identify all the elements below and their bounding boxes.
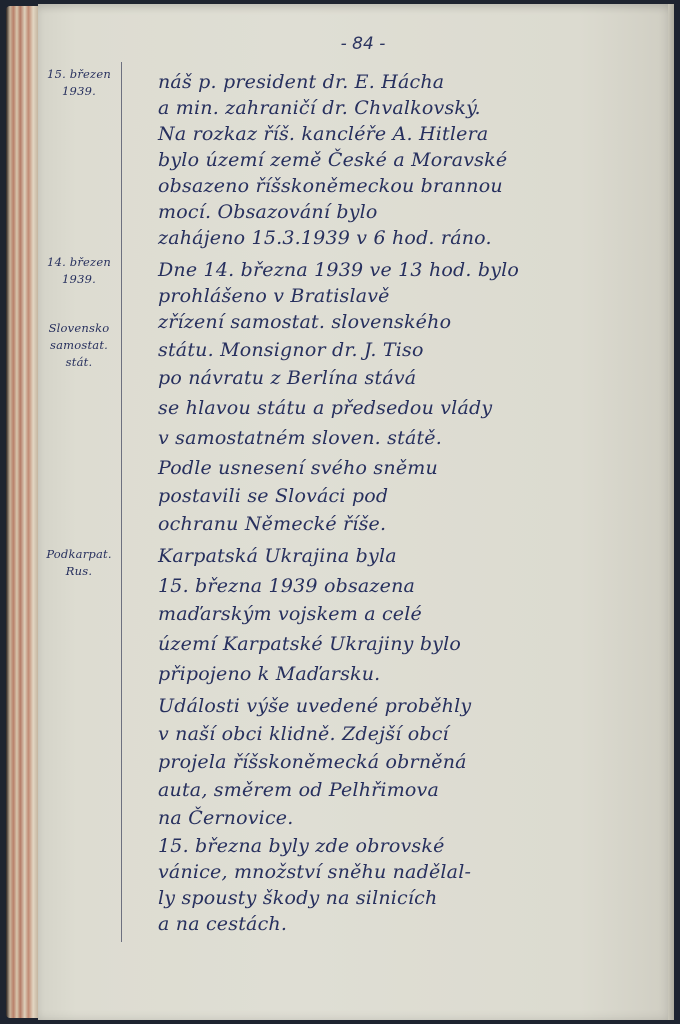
margin-note-subcarpathian: Podkarpat. Rus.: [38, 546, 120, 580]
text-line: ochranu Německé říše.: [158, 512, 386, 536]
text-line: se hlavou státu a předsedou vlády: [158, 396, 492, 420]
text-line: připojeno k Maďarsku.: [158, 662, 380, 686]
text-line: a min. zahraničí dr. Chvalkovský.: [158, 96, 481, 120]
margin-note-line: Slovensko: [38, 320, 120, 337]
text-line: postavili se Slováci pod: [158, 484, 388, 508]
text-line: zahájeno 15.3.1939 v 6 hod. ráno.: [158, 226, 492, 250]
margin-note-line: 15. březen: [38, 66, 120, 83]
margin-note-slovak-state: Slovensko samostat. stát.: [38, 320, 120, 371]
margin-rule: [121, 62, 122, 942]
text-line: na Černovice.: [158, 806, 293, 830]
text-line: projela říšskoněmecká obrněná: [158, 750, 467, 774]
text-line: obsazeno říšskoněmeckou brannou: [158, 174, 503, 198]
margin-note-line: stát.: [38, 354, 120, 371]
text-line: auta, směrem od Pelhřimova: [158, 778, 439, 802]
margin-note-line: 1939.: [38, 83, 120, 100]
text-line: ly spousty škody na silnicích: [158, 886, 437, 910]
text-line: území Karpatské Ukrajiny bylo: [158, 632, 461, 656]
book-page-edges: [6, 6, 40, 1018]
text-line: zřízení samostat. slovenského: [158, 310, 451, 334]
margin-note-date-15-march: 15. březen 1939.: [38, 66, 120, 100]
margin-note-line: 14. březen: [38, 254, 120, 271]
margin-note-date-14-march: 14. březen 1939.: [38, 254, 120, 288]
text-line: vánice, množství sněhu nadělal-: [158, 860, 471, 884]
page-number: - 84 -: [323, 34, 403, 54]
text-line: v naší obci klidně. Zdejší obcí: [158, 722, 449, 746]
text-line: 15. března byly zde obrovské: [158, 834, 445, 858]
margin-note-line: 1939.: [38, 271, 120, 288]
chronicle-page: - 84 - 15. březen 1939. 14. březen 1939.…: [38, 4, 674, 1020]
text-line: bylo území země České a Moravské: [158, 148, 507, 172]
text-line: a na cestách.: [158, 912, 287, 936]
margin-note-line: Podkarpat.: [38, 546, 120, 563]
page-edge-shadow: [668, 4, 674, 1020]
margin-note-line: Rus.: [38, 563, 120, 580]
text-line: náš p. president dr. E. Hácha: [158, 70, 444, 94]
text-line: po návratu z Berlína stává: [158, 366, 416, 390]
text-line: Dne 14. března 1939 ve 13 hod. bylo: [158, 258, 519, 282]
text-line: prohlášeno v Bratislavě: [158, 284, 390, 308]
text-line: mocí. Obsazování bylo: [158, 200, 378, 224]
text-line: Karpatská Ukrajina byla: [158, 544, 397, 568]
text-line: Události výše uvedené proběhly: [158, 694, 471, 718]
text-line: Podle usnesení svého sněmu: [158, 456, 438, 480]
text-line: Na rozkaz říš. kancléře A. Hitlera: [158, 122, 488, 146]
text-line: státu. Monsignor dr. J. Tiso: [158, 338, 424, 362]
text-line: 15. března 1939 obsazena: [158, 574, 415, 598]
text-line: maďarským vojskem a celé: [158, 602, 422, 626]
margin-note-line: samostat.: [38, 337, 120, 354]
text-line: v samostatném sloven. státě.: [158, 426, 442, 450]
